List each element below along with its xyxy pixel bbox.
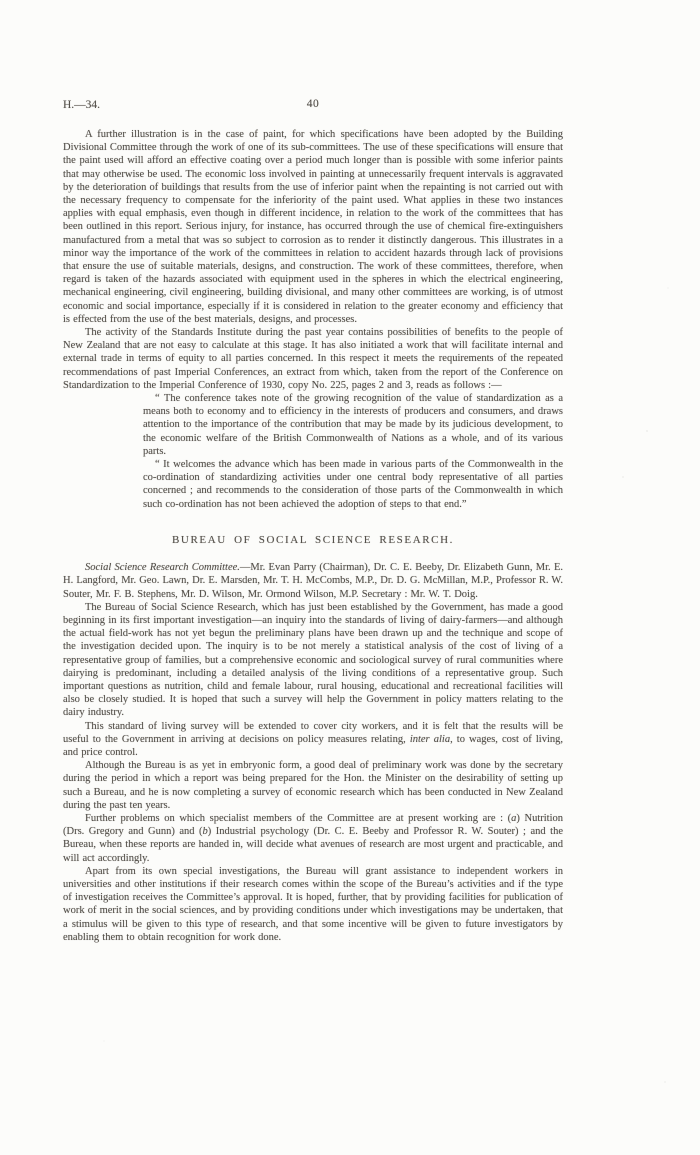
- paragraph-standards-activity: The activity of the Standards Institute …: [63, 326, 563, 392]
- paragraph-standard-of-living: This standard of living survey will be e…: [63, 720, 563, 760]
- section-heading-bureau: BUREAU OF SOCIAL SCIENCE RESEARCH.: [63, 534, 563, 547]
- paragraph-text: A further illustration is in the case of…: [63, 129, 563, 325]
- quote-conference-welcome: “ It welcomes the advance which has been…: [143, 458, 563, 511]
- paragraph-independent-workers: Apart from its own special investigation…: [63, 865, 563, 944]
- scanned-report-page: H.—34. 40 A further illustration is in t…: [0, 0, 700, 1155]
- text-column: H.—34. 40 A further illustration is in t…: [63, 99, 563, 944]
- page-header: H.—34. 40: [63, 99, 563, 113]
- quote-conference-recognition: “ The conference takes note of the growi…: [143, 392, 563, 458]
- paragraph-bureau-established: The Bureau of Social Science Research, w…: [63, 601, 563, 720]
- paragraph-text: Apart from its own special investigation…: [63, 866, 563, 943]
- paragraph-text: Further problems on which specialist mem…: [85, 813, 511, 824]
- committee-title-italic: Social Science Research Committee.: [85, 562, 240, 573]
- inter-alia-italic: inter alia: [410, 734, 450, 745]
- paragraph-committee-members: Social Science Research Committee.—Mr. E…: [63, 561, 563, 601]
- paragraph-text: The activity of the Standards Institute …: [63, 327, 563, 391]
- page-number: 40: [63, 98, 563, 111]
- paragraph-embryonic-form: Although the Bureau is as yet in embryon…: [63, 759, 563, 812]
- paragraph-text: Although the Bureau is as yet in embryon…: [63, 760, 563, 811]
- paragraph-text: The Bureau of Social Science Research, w…: [63, 602, 563, 719]
- quote-text: “ It welcomes the advance which has been…: [143, 459, 563, 510]
- paragraph-paint-illustration: A further illustration is in the case of…: [63, 128, 563, 326]
- quote-text: “ The conference takes note of the growi…: [143, 393, 563, 457]
- paragraph-further-problems: Further problems on which specialist mem…: [63, 812, 563, 865]
